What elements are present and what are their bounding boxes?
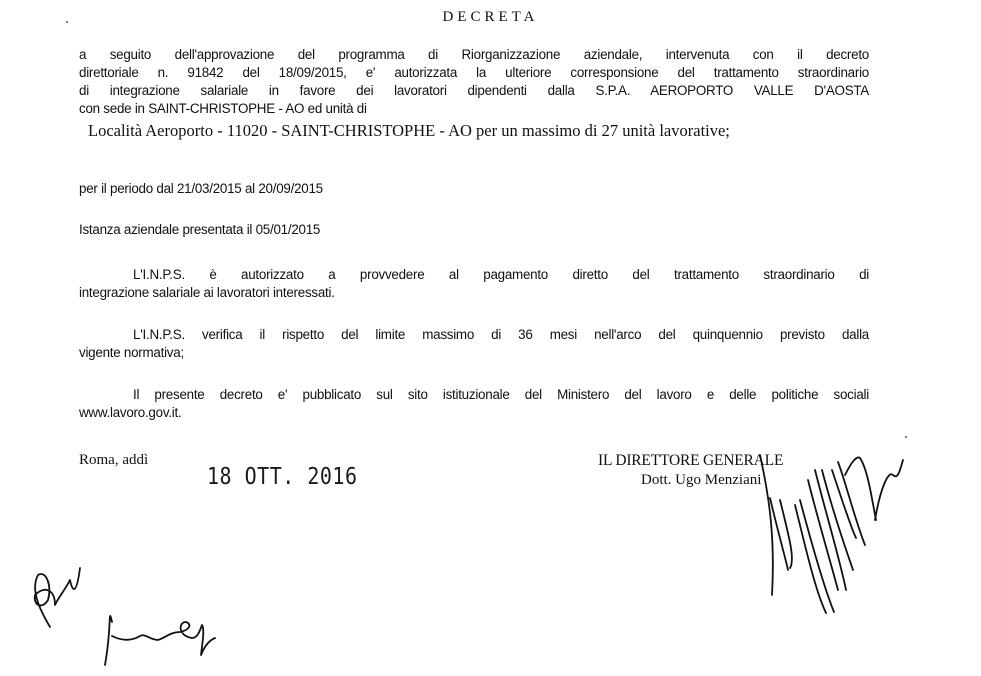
signatory-name: Dott. Ugo Menziani bbox=[641, 472, 761, 489]
location-text: Località Aeroporto - 11020 - SAINT-CHRIS… bbox=[88, 121, 730, 140]
decree-page: DECRETA a seguito dell'approvazione del … bbox=[0, 0, 981, 676]
initials-signature-icon bbox=[105, 616, 215, 665]
scan-speck bbox=[905, 436, 907, 438]
paragraph-line: L'I.N.P.S. verifica il rispetto del limi… bbox=[79, 326, 869, 344]
paragraph-line: L'I.N.P.S. è autorizzato a provvedere al… bbox=[79, 266, 869, 284]
paragraph-line: Il presente decreto e' pubblicato sul si… bbox=[79, 386, 869, 404]
website-link[interactable]: www.lavoro.gov.it. bbox=[79, 404, 869, 422]
period-text: per il periodo dal 21/03/2015 al 20/09/2… bbox=[79, 181, 323, 196]
inps-payment-paragraph: L'I.N.P.S. è autorizzato a provvedere al… bbox=[79, 266, 869, 302]
location-line: Località Aeroporto - 11020 - SAINT-CHRIS… bbox=[88, 120, 888, 142]
paragraph-line: con sede in SAINT-CHRISTOPHE - AO ed uni… bbox=[79, 100, 869, 118]
signatory-title: IL DIRETTORE GENERALE bbox=[598, 452, 783, 470]
initials-signature-icon bbox=[35, 568, 80, 627]
application-line: Istanza aziendale presentata il 05/01/20… bbox=[79, 221, 869, 239]
period-line: per il periodo dal 21/03/2015 al 20/09/2… bbox=[79, 180, 869, 198]
publication-paragraph: Il presente decreto e' pubblicato sul si… bbox=[79, 386, 869, 422]
paragraph-line: a seguito dell'approvazione del programm… bbox=[79, 46, 869, 64]
place-label: Roma, addì bbox=[79, 452, 148, 469]
application-text: Istanza aziendale presentata il 05/01/20… bbox=[79, 222, 320, 237]
director-signature-icon bbox=[760, 455, 903, 613]
decree-title: DECRETA bbox=[0, 9, 981, 26]
inps-check-paragraph: L'I.N.P.S. verifica il rispetto del limi… bbox=[79, 326, 869, 362]
paragraph-line: di integrazione salariale in favore dei … bbox=[79, 82, 869, 100]
paragraph-line: direttoriale n. 91842 del 18/09/2015, e'… bbox=[79, 64, 869, 82]
paragraph-line: integrazione salariale ai lavoratori int… bbox=[79, 284, 869, 302]
authorization-paragraph: a seguito dell'approvazione del programm… bbox=[79, 46, 869, 118]
date-stamp: 18 OTT. 2016 bbox=[207, 462, 358, 490]
paragraph-line: vigente normativa; bbox=[79, 344, 869, 362]
